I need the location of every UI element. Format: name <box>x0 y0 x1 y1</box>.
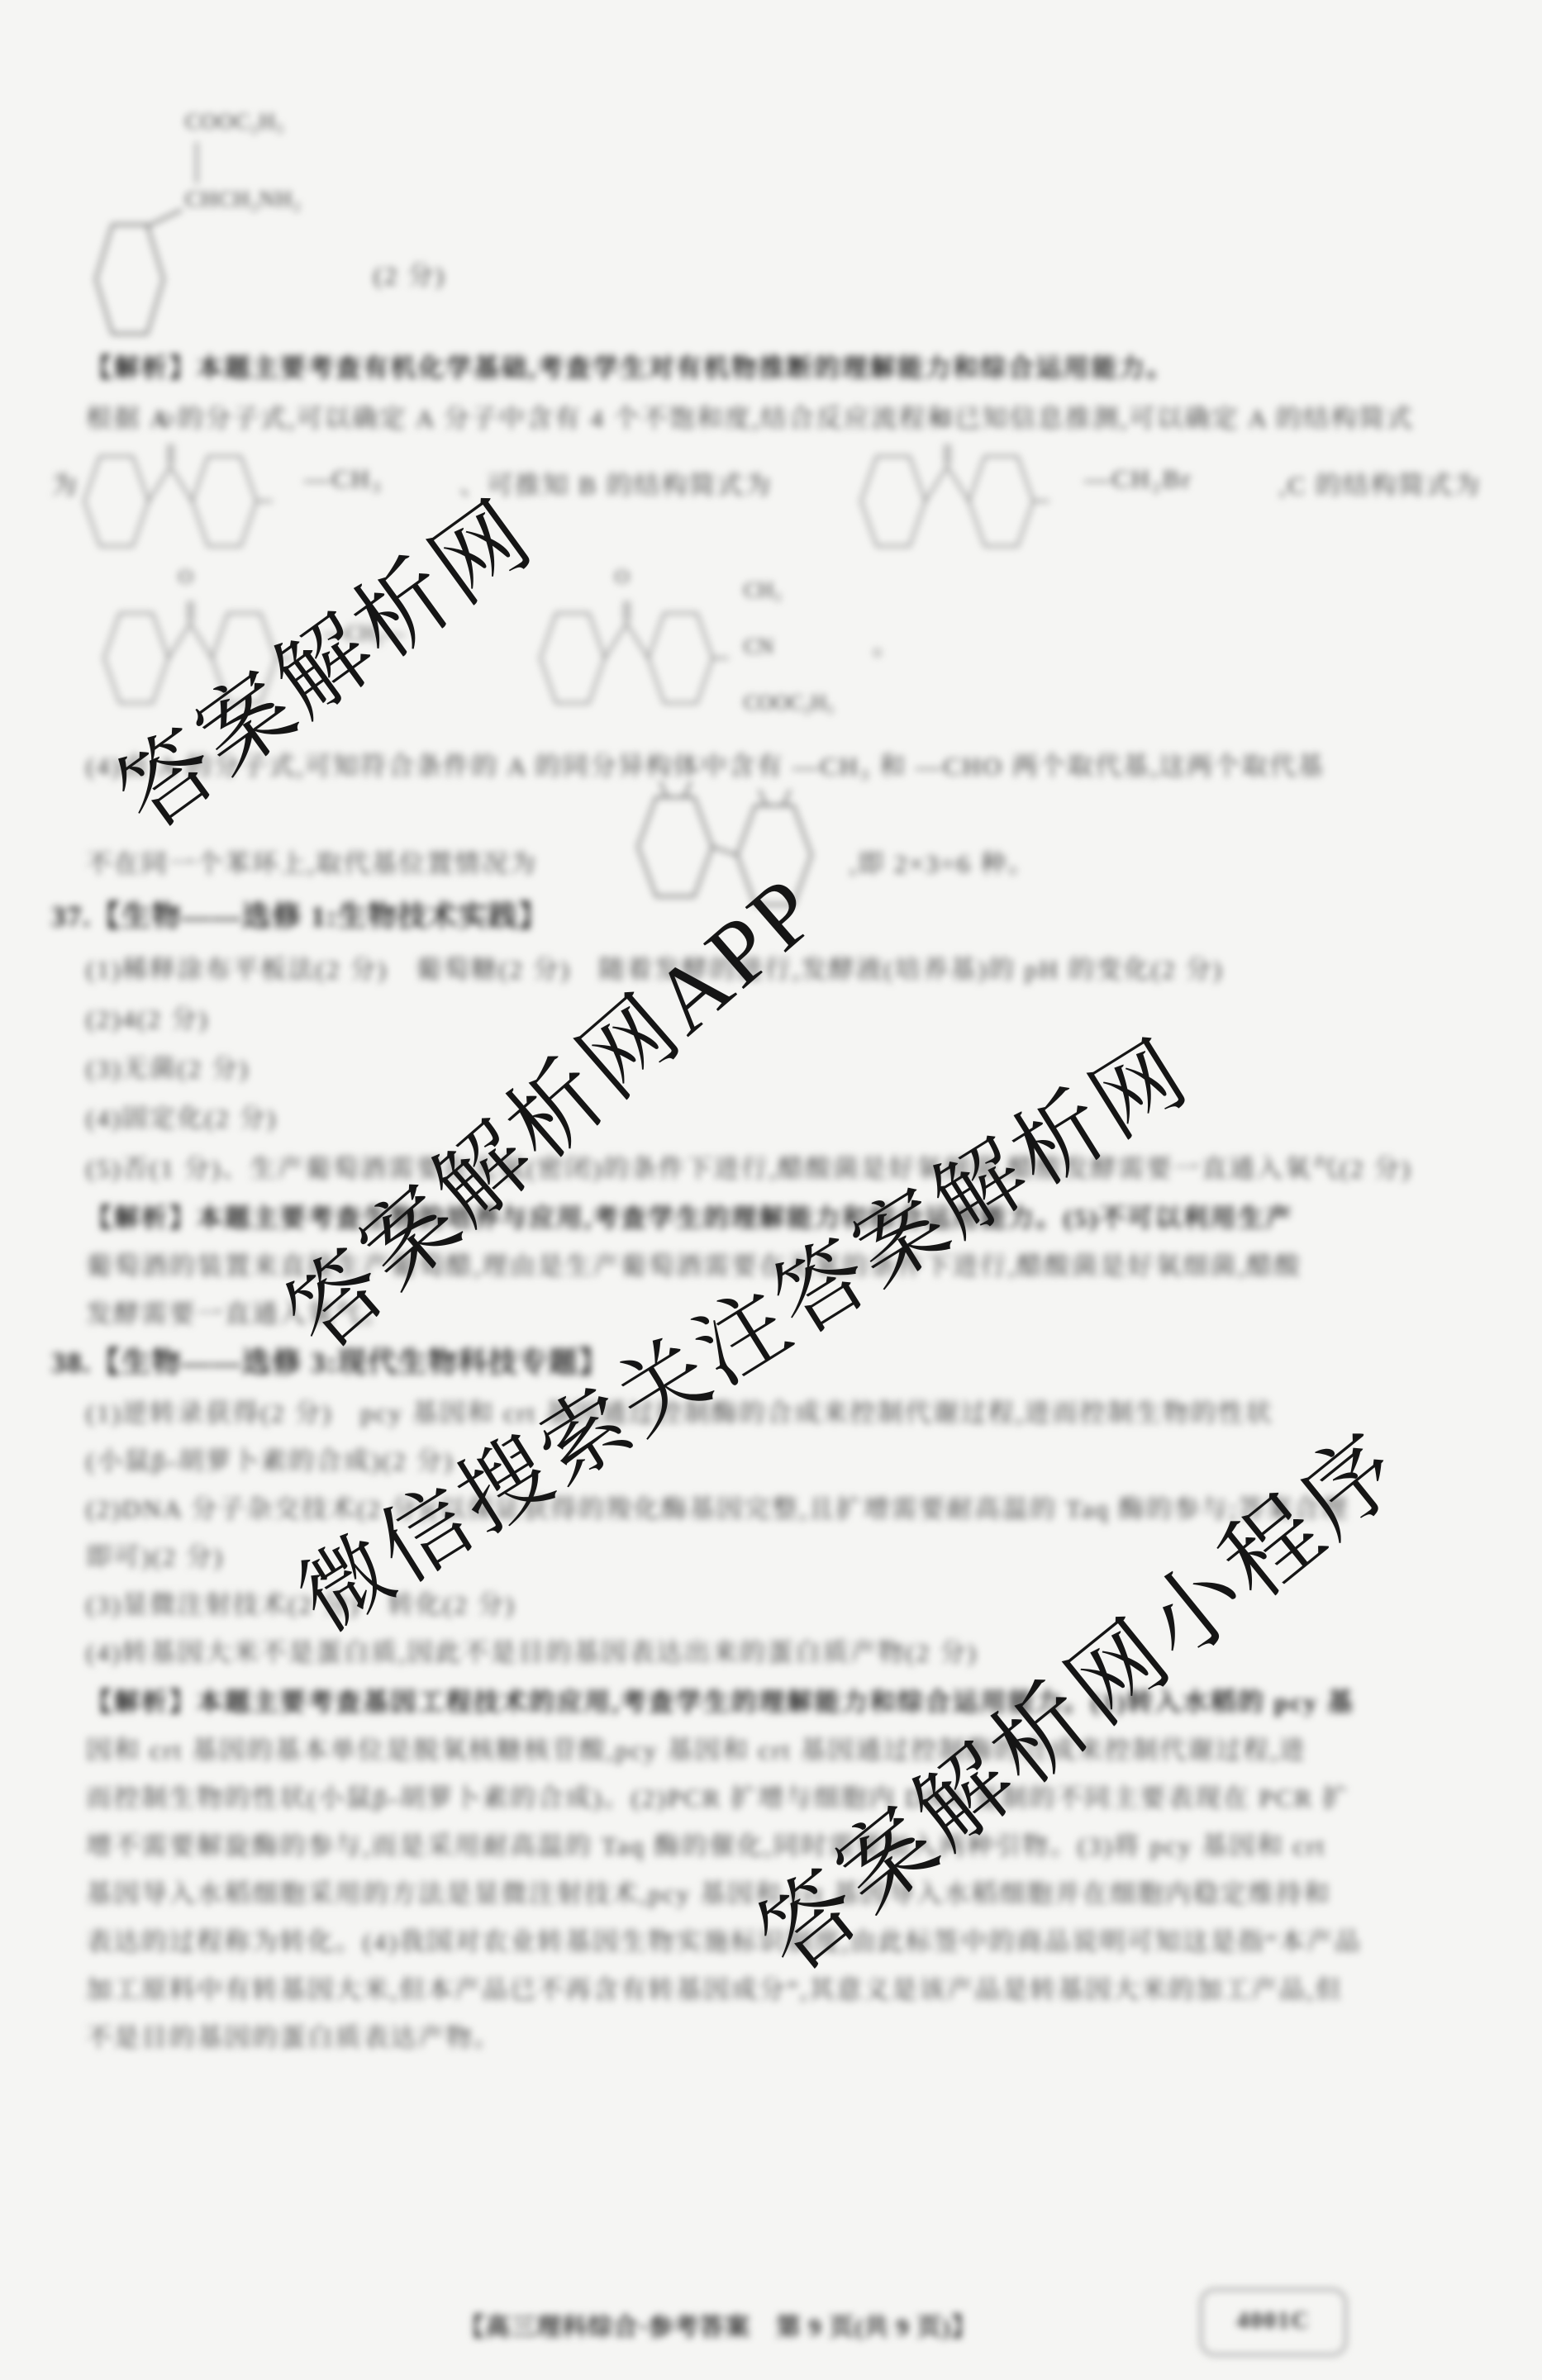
answer-line: (2)4(2 分) <box>86 998 209 1035</box>
analysis-line: 表达的过程称为转化。(4)我国对农业转基因生物实施标识制度,由此标签中的商品说明… <box>86 1921 1362 1958</box>
benzene-hexagon-icon <box>89 207 193 339</box>
chem-group-label: CHCH₂NH₂ <box>185 187 302 212</box>
section-heading-37: 37.【生物——选修 1:生物技术实践】 <box>51 894 549 935</box>
substituent-label: —CH₃ <box>304 464 383 494</box>
oxygen-label: O <box>159 410 173 432</box>
chem-bond-line <box>196 142 198 183</box>
oxygen-label: O <box>615 567 629 589</box>
page-footer: 【高三理科综合·参考答案 第 9 页(共 9 页)】 <box>459 2306 977 2343</box>
score-label: (2 分) <box>374 254 445 292</box>
benzophenone-structure-icon: O <box>535 568 730 718</box>
analysis-line: ,C 的结构简式为 <box>1279 464 1482 501</box>
answer-line: (2)DNA 分子杂交技术(2 分)(以保证获得的羧化酶基因完整,且扩增需要耐高… <box>86 1488 1349 1525</box>
analysis-line: 不在同一个苯环上,取代基位置情况为 <box>86 843 537 880</box>
answer-line: (4)转基因大米不是蛋白质,因此不是目的基因表达出来的蛋白质产物(2 分) <box>86 1632 978 1669</box>
analysis-line: 、可推知 B 的结构简式为 <box>459 464 773 501</box>
analysis-line: 【解析】本题主要考查有机化学基础,考查学生对有机物推断的理解能力和综合运用能力。 <box>86 347 1174 384</box>
analysis-line: ,即 2×3=6 种。 <box>850 843 1035 880</box>
oxygen-label: O <box>935 410 949 432</box>
analysis-line: 葡萄酒的装置来直接生产葡萄醋,理由是生产葡萄酒需要在无氧的条件下进行,醋酸菌是好… <box>86 1245 1302 1282</box>
substituent-label: COOC₂H₅ <box>744 691 834 715</box>
answer-line: (小鼠β-胡萝卜素的合成)(2 分) <box>86 1440 455 1477</box>
analysis-line: 增不需要解旋酶的参与,而是采用耐高温的 Taq 酶的催化,同时需要加入两种引物。… <box>86 1825 1326 1862</box>
analysis-line: 【解析】本题主要考查生物的培养与应用,考查学生的理解能力和综合运用能力。(5)不… <box>86 1197 1293 1234</box>
analysis-line: 根据 A 的分子式,可以确定 A 分子中含有 4 个不饱和度,结合反应流程和已知… <box>86 397 1414 435</box>
analysis-line: 而控制生物的性状(小鼠β-胡萝卜素的合成)。(2)PCR 扩增与细胞内 DNA … <box>86 1777 1349 1814</box>
benzophenone-structure-icon: O <box>856 411 1050 561</box>
answer-line: (3)无菌(2 分) <box>86 1047 250 1085</box>
benzophenone-structure-icon: O <box>79 411 274 561</box>
answer-line: 即可)(2 分) <box>86 1536 224 1573</box>
scanned-document-layer: COOC₂H₅ CHCH₂NH₂ (2 分) 【解析】本题主要考查有机化学基础,… <box>0 0 1542 2380</box>
analysis-line: 不是目的基因的蛋白质表达产物。 <box>86 2017 502 2054</box>
substituent-label: CN <box>744 634 773 659</box>
page-code-badge: 4001C <box>1200 2288 1347 2356</box>
oxygen-label: O <box>178 567 193 589</box>
analysis-line: 基因导入水稻细胞采用的方法是显微注射技术,pcy 基因和 crt 基因导入水稻细… <box>86 1873 1331 1910</box>
exam-answer-page: COOC₂H₅ CHCH₂NH₂ (2 分) 【解析】本题主要考查有机化学基础,… <box>0 0 1542 2380</box>
analysis-line: 加工原料中有转基因大米,但本产品已不再含有转基因成分”,其意义是该产品是转基因大… <box>86 1969 1343 2006</box>
substituent-label: —CH₂Br <box>1084 464 1192 494</box>
structure-prefix: 为 <box>51 464 79 501</box>
chem-group-label: COOC₂H₅ <box>185 109 284 135</box>
page-code: 4001C <box>1202 2291 1344 2350</box>
punctuation: 。 <box>873 625 901 662</box>
answer-line: (4)固定化(2 分) <box>86 1097 278 1134</box>
answer-line: (5)否(1 分)、生产葡萄酒需要在无氧(密闭)的条件下进行,醋酸菌是好氧细菌,… <box>86 1147 1412 1185</box>
substituent-label: CH₃ <box>744 578 781 603</box>
